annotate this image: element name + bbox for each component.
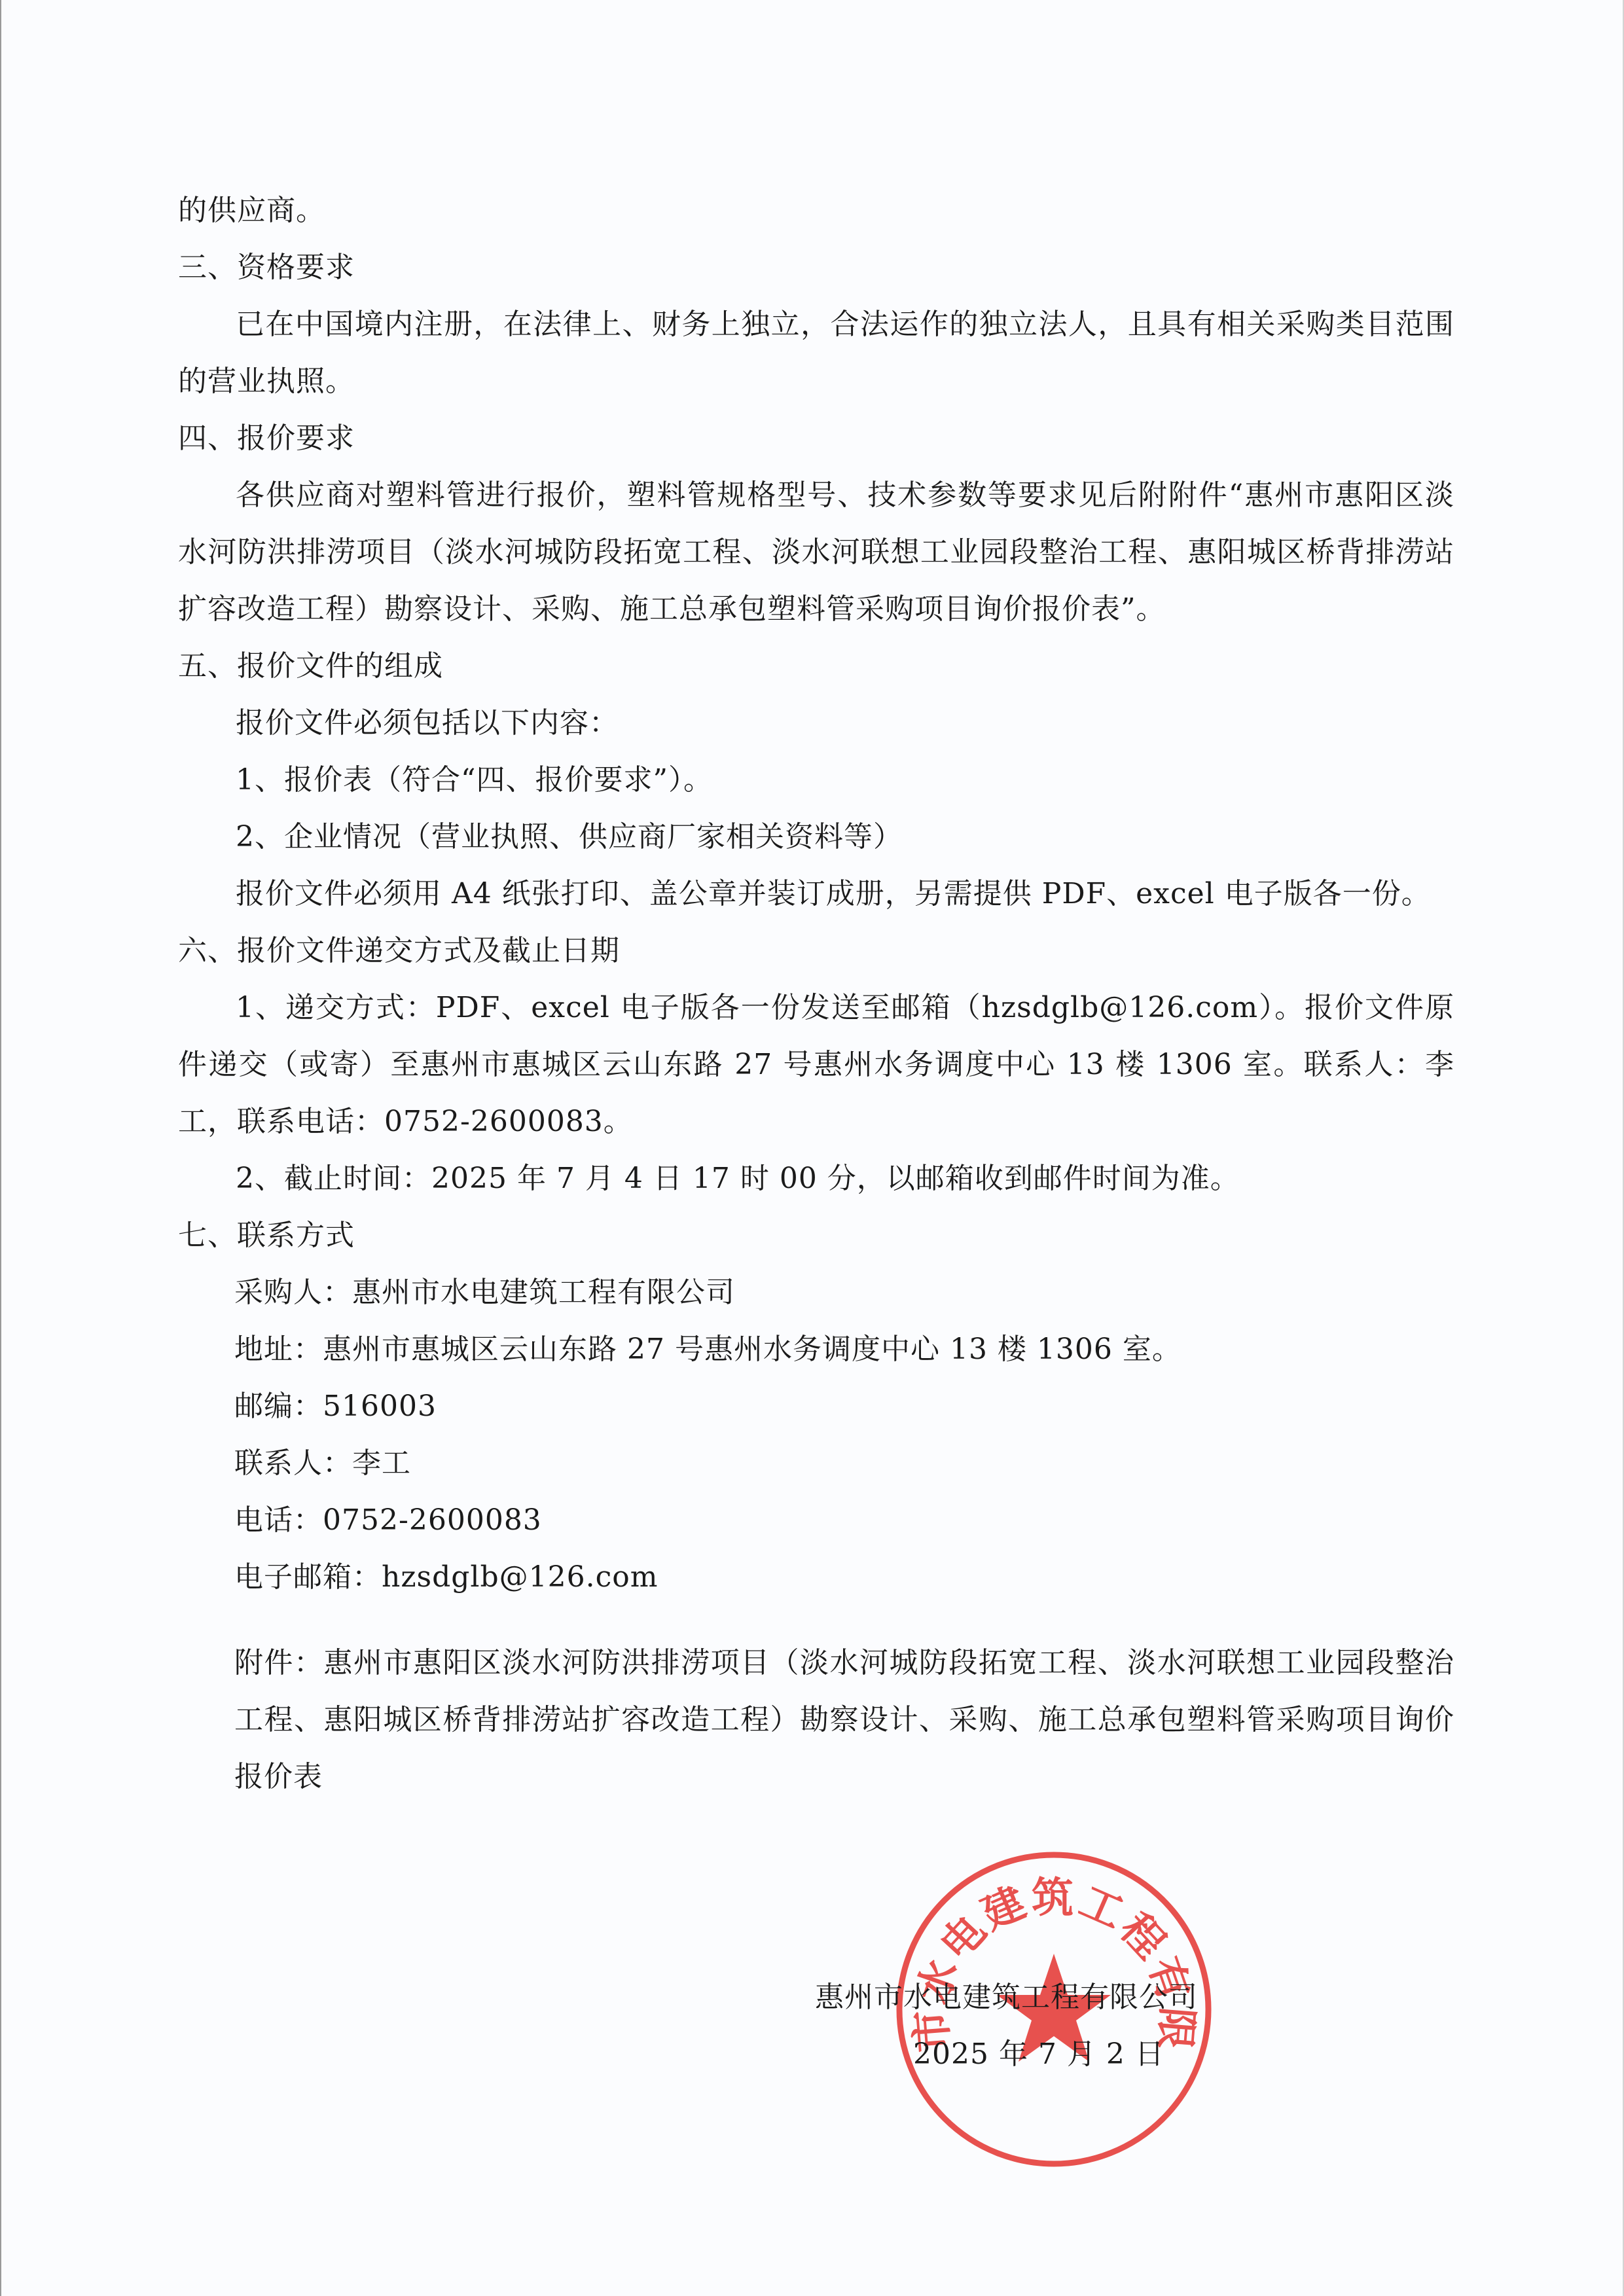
quote-documents-note: 报价文件必须用 A4 纸张打印、盖公章并装订成册，另需提供 PDF、excel …: [178, 865, 1454, 922]
continuation-line: 的供应商。: [178, 182, 1454, 239]
section-heading-submission: 六、报价文件递交方式及截止日期: [178, 922, 1454, 979]
section-heading-contact: 七、联系方式: [178, 1207, 1454, 1264]
contact-phone-value: 0752-2600083: [323, 1503, 542, 1537]
attachment-note: 附件：惠州市惠阳区淡水河防洪排涝项目（淡水河城防段拓宽工程、淡水河联想工业园段整…: [178, 1634, 1454, 1805]
section-heading-quote-documents: 五、报价文件的组成: [178, 637, 1454, 694]
contact-person-label: 联系人：: [234, 1446, 352, 1480]
contact-postcode: 邮编：516003: [178, 1378, 1454, 1435]
contact-address-label: 地址：: [234, 1333, 323, 1366]
signature-date: 2025 年 7 月 2 日: [815, 2026, 1198, 2083]
contact-address-value: 惠州市惠城区云山东路 27 号惠州水务调度中心 13 楼 1306 室。: [323, 1333, 1182, 1366]
contact-address: 地址：惠州市惠城区云山东路 27 号惠州水务调度中心 13 楼 1306 室。: [178, 1321, 1454, 1378]
contact-person-value: 李工: [352, 1446, 411, 1480]
quote-documents-item-2: 2、企业情况（营业执照、供应商厂家相关资料等）: [178, 808, 1454, 865]
contact-purchaser: 采购人：惠州市水电建筑工程有限公司: [178, 1264, 1454, 1321]
submission-method: 1、递交方式：PDF、excel 电子版各一份发送至邮箱（hzsdglb@126…: [178, 979, 1454, 1150]
section-heading-quote-requirements: 四、报价要求: [178, 410, 1454, 467]
contact-email: 电子邮箱：hzsdglb@126.com: [178, 1549, 1454, 1605]
contact-phone-label: 电话：: [234, 1503, 323, 1537]
page-edge-left: [0, 0, 1, 2296]
contact-email-value: hzsdglb@126.com: [382, 1560, 659, 1594]
submission-deadline: 2、截止时间：2025 年 7 月 4 日 17 时 00 分，以邮箱收到邮件时…: [178, 1150, 1454, 1207]
contact-email-label: 电子邮箱：: [234, 1560, 382, 1594]
signature-block: 惠州市水电建筑工程有限公司 2025 年 7 月 2 日: [815, 1969, 1198, 2083]
quote-documents-intro: 报价文件必须包括以下内容：: [178, 694, 1454, 751]
contact-purchaser-label: 采购人：: [234, 1276, 352, 1309]
quote-documents-item-1: 1、报价表（符合“四、报价要求”）。: [178, 751, 1454, 808]
quote-requirements-paragraph: 各供应商对塑料管进行报价，塑料管规格型号、技术参数等要求见后附附件“惠州市惠阳区…: [178, 467, 1454, 637]
signature-company: 惠州市水电建筑工程有限公司: [815, 1969, 1198, 2026]
contact-phone: 电话：0752-2600083: [178, 1492, 1454, 1549]
contact-purchaser-value: 惠州市水电建筑工程有限公司: [352, 1276, 735, 1309]
qualification-paragraph: 已在中国境内注册，在法律上、财务上独立，合法运作的独立法人，且具有相关采购类目范…: [178, 296, 1454, 410]
document-body: 的供应商。 三、资格要求 已在中国境内注册，在法律上、财务上独立，合法运作的独立…: [178, 182, 1454, 1805]
section-heading-qualification: 三、资格要求: [178, 239, 1454, 296]
contact-person: 联系人：李工: [178, 1435, 1454, 1492]
spacer: [178, 1605, 1454, 1634]
contact-postcode-value: 516003: [323, 1390, 437, 1423]
contact-postcode-label: 邮编：: [234, 1390, 323, 1423]
